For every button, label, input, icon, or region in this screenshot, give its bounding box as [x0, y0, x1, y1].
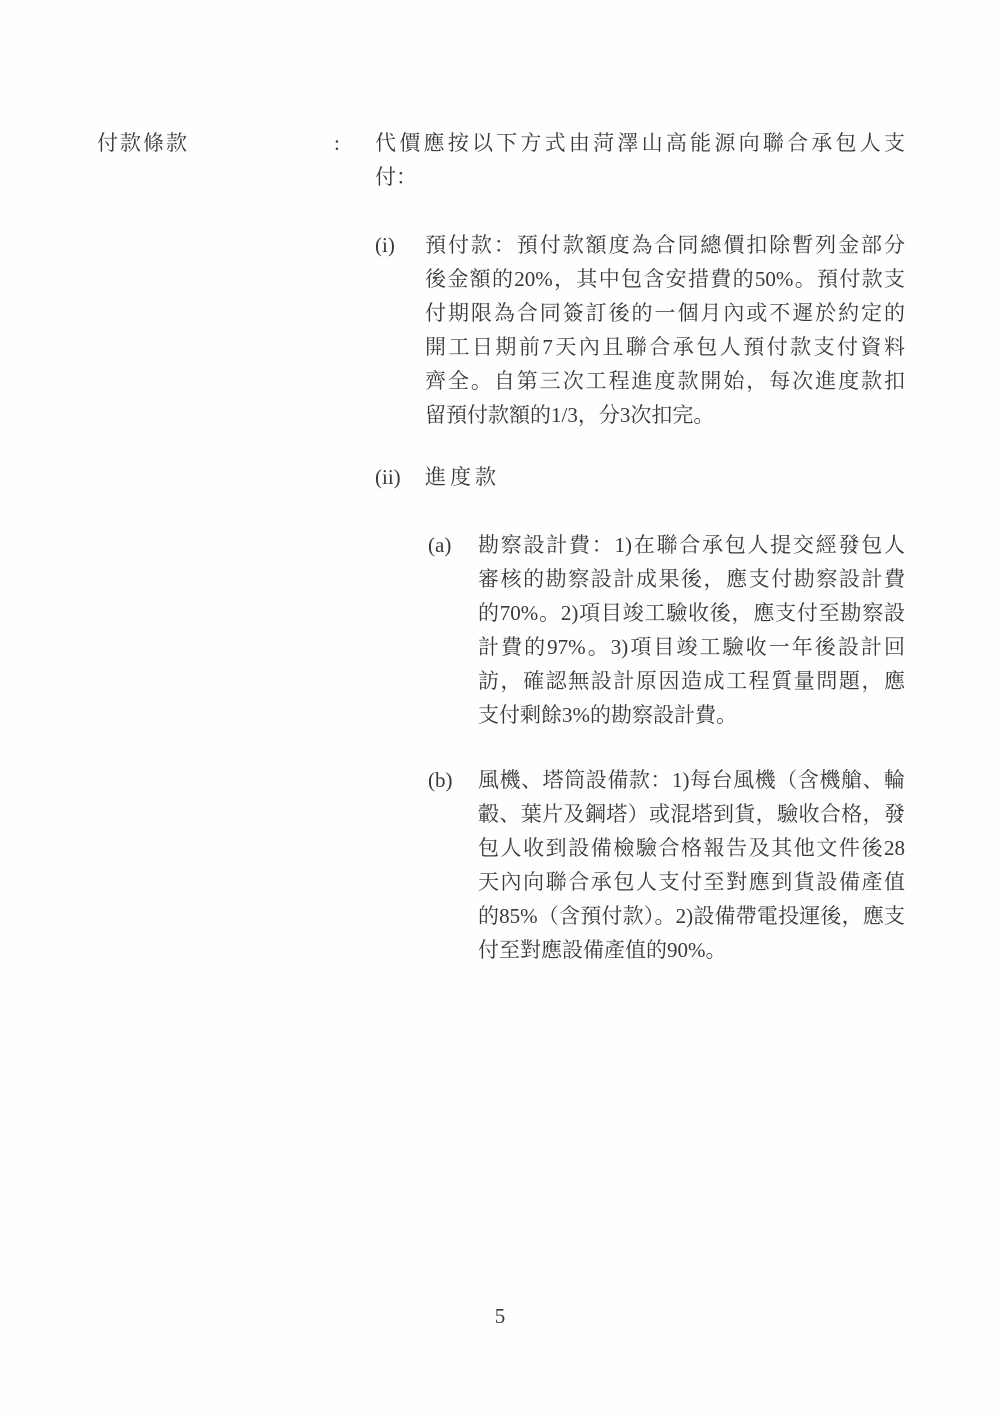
item-i-line: 開工日期前7天內且聯合承包人預付款支付資料	[425, 330, 905, 364]
intro-line: 付：	[375, 160, 905, 194]
subitem-a-line: 勘察設計費：1)在聯合承包人提交經發包人	[478, 528, 905, 562]
item-i-line: 齊全。自第三次工程進度款開始，每次進度款扣	[425, 364, 905, 398]
subitem-b-line: 付至對應設備產值的90%。	[478, 933, 905, 967]
document-page: 付款條款 : 代價應按以下方式由菏澤山高能源向聯合承包人支 付： (i) 預付款…	[0, 0, 1000, 1414]
item-ii-marker: (ii)	[375, 460, 425, 494]
colon-separator: :	[334, 126, 340, 160]
item-i-line: 留預付款額的1/3，分3次扣完。	[425, 398, 905, 432]
subitem-a-survey-design-fee: (a) 勘察設計費：1)在聯合承包人提交經發包人 審核的勘察設計成果後，應支付勘…	[428, 528, 905, 732]
subitem-a-line: 審核的勘察設計成果後，應支付勘察設計費	[478, 562, 905, 596]
item-i-body: 預付款：預付款額度為合同總價扣除暫列金部分 後金額的20%，其中包含安措費的50…	[425, 228, 905, 432]
item-i-line: 預付款：預付款額度為合同總價扣除暫列金部分	[425, 228, 905, 262]
page-number: 5	[0, 1299, 1000, 1333]
subitem-a-line: 訪，確認無設計原因造成工程質量問題，應	[478, 664, 905, 698]
item-ii-progress-payment: (ii) 進度款	[375, 460, 905, 494]
intro-line: 代價應按以下方式由菏澤山高能源向聯合承包人支	[375, 126, 905, 160]
subitem-a-marker: (a)	[428, 528, 478, 732]
item-ii-line: 進度款	[425, 460, 905, 494]
subitem-b-line: 天內向聯合承包人支付至對應到貨設備產值	[478, 865, 905, 899]
subitem-a-line: 的70%。2)項目竣工驗收後，應支付至勘察設	[478, 596, 905, 630]
subitem-b-line: 包人收到設備檢驗合格報告及其他文件後28	[478, 831, 905, 865]
subitem-a-line: 計費的97%。3)項目竣工驗收一年後設計回	[478, 630, 905, 664]
subitem-b-body: 風機、塔筒設備款：1)每台風機（含機艙、輪 轂、葉片及鋼塔）或混塔到貨，驗收合格…	[478, 763, 905, 967]
subitem-b-line: 轂、葉片及鋼塔）或混塔到貨，驗收合格，發	[478, 797, 905, 831]
item-i-line: 付期限為合同簽訂後的一個月內或不遲於約定的	[425, 296, 905, 330]
subitem-b-line: 風機、塔筒設備款：1)每台風機（含機艙、輪	[478, 763, 905, 797]
subitem-b-marker: (b)	[428, 763, 478, 967]
subitem-a-line: 支付剩餘3%的勘察設計費。	[478, 698, 905, 732]
subitem-b-turbine-equipment-payment: (b) 風機、塔筒設備款：1)每台風機（含機艙、輪 轂、葉片及鋼塔）或混塔到貨，…	[428, 763, 905, 967]
item-i-marker: (i)	[375, 228, 425, 432]
payment-terms-label: 付款條款	[97, 126, 189, 160]
intro-paragraph: 代價應按以下方式由菏澤山高能源向聯合承包人支 付：	[375, 126, 905, 194]
terms-content: 代價應按以下方式由菏澤山高能源向聯合承包人支 付： (i) 預付款：預付款額度為…	[375, 126, 905, 967]
item-ii-body: 進度款	[425, 460, 905, 494]
item-i-advance-payment: (i) 預付款：預付款額度為合同總價扣除暫列金部分 後金額的20%，其中包含安措…	[375, 228, 905, 432]
subitem-b-line: 的85%（含預付款）。2)設備帶電投運後，應支	[478, 899, 905, 933]
subitem-a-body: 勘察設計費：1)在聯合承包人提交經發包人 審核的勘察設計成果後，應支付勘察設計費…	[478, 528, 905, 732]
item-i-line: 後金額的20%，其中包含安措費的50%。預付款支	[425, 262, 905, 296]
